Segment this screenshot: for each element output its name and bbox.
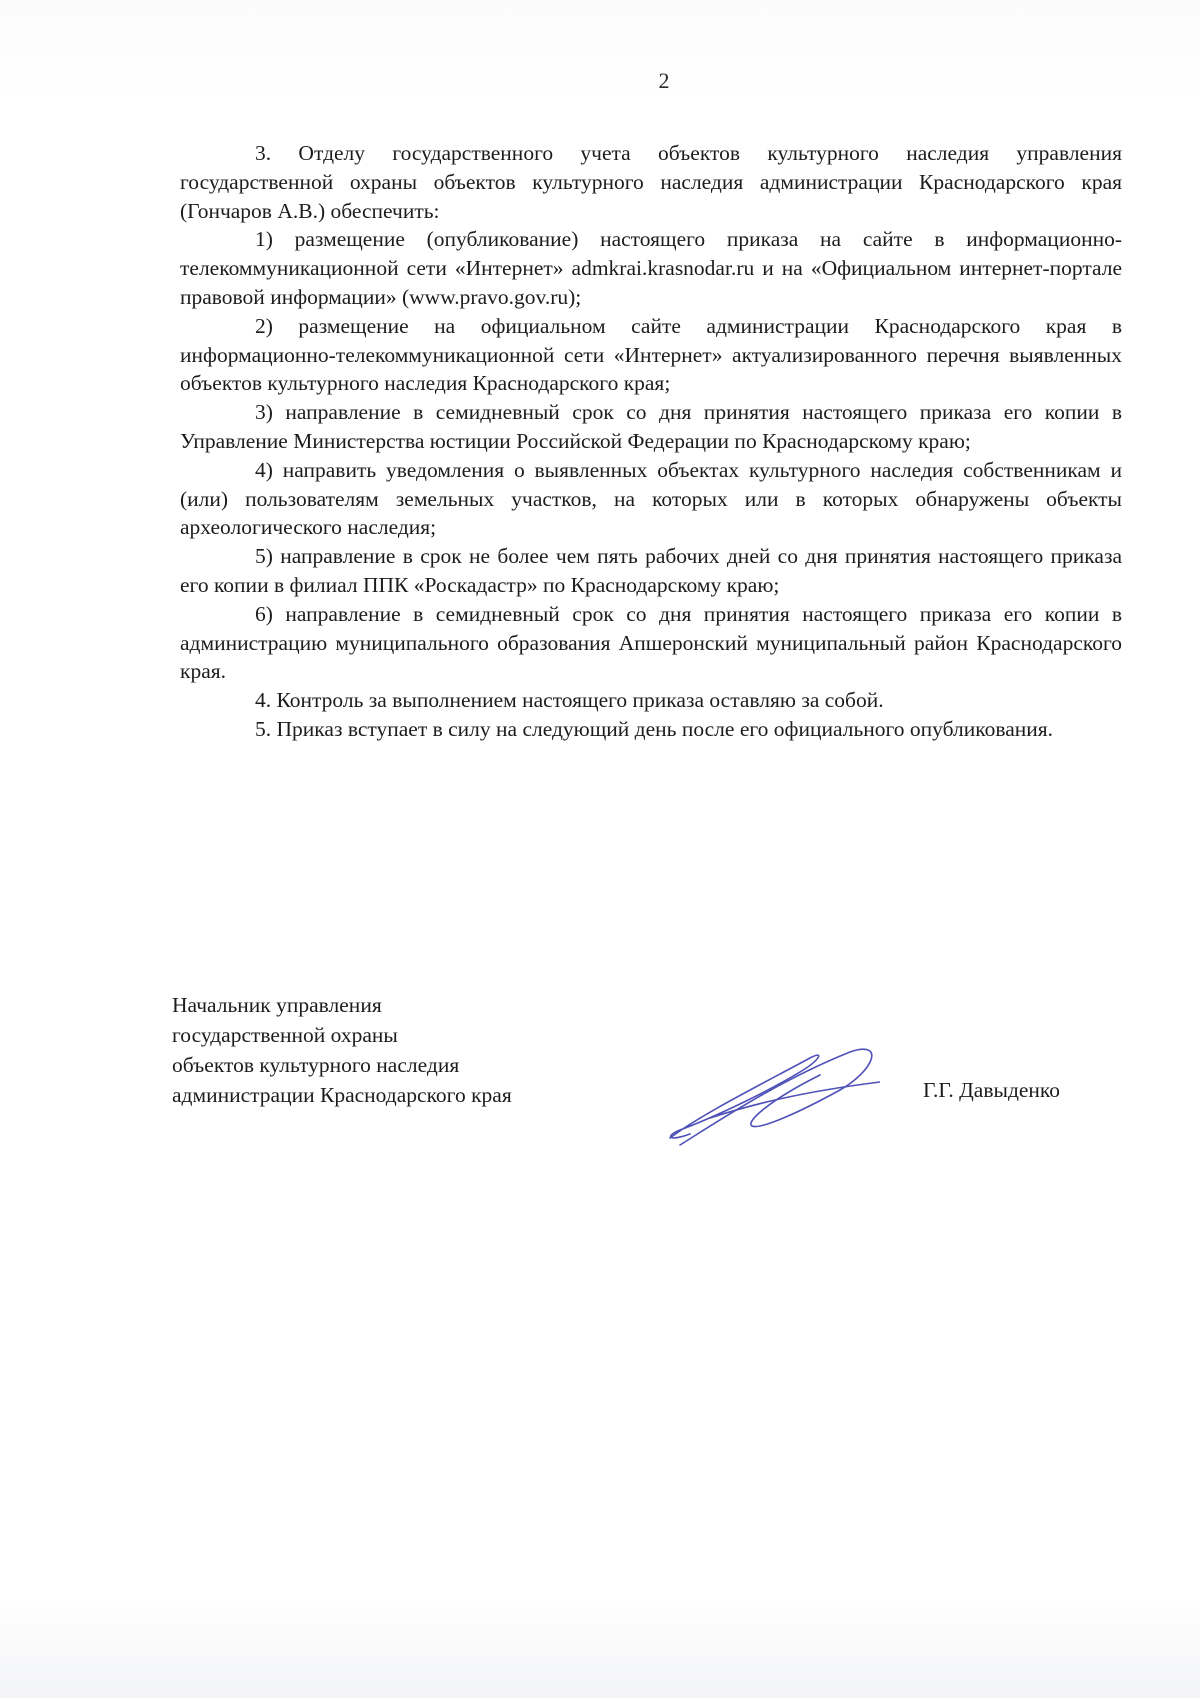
paragraph-3-6: 6) направление в семидневный срок со дня…	[180, 600, 1122, 686]
document-body: 3. Отделу государственного учета объекто…	[180, 139, 1122, 744]
paragraph-3-1: 1) размещение (опубликование) настоящего…	[180, 225, 1122, 311]
signatory-title-line: объектов культурного наследия	[172, 1050, 512, 1080]
paragraph-3-4: 4) направить уведомления о выявленных об…	[180, 456, 1122, 542]
signatory-title-line: администрации Краснодарского края	[172, 1080, 512, 1110]
signatory-title: Начальник управления государственной охр…	[172, 990, 512, 1110]
page-number: 2	[0, 68, 1200, 94]
signatory-title-line: государственной охраны	[172, 1020, 512, 1050]
paragraph-3: 3. Отделу государственного учета объекто…	[180, 139, 1122, 225]
handwritten-signature-icon	[650, 1030, 880, 1150]
paragraph-3-2: 2) размещение на официальном сайте админ…	[180, 312, 1122, 398]
paragraph-4: 4. Контроль за выполнением настоящего пр…	[180, 686, 1122, 715]
signer-name: Г.Г. Давыденко	[923, 1078, 1060, 1103]
signatory-title-line: Начальник управления	[172, 990, 512, 1020]
paragraph-3-3: 3) направление в семидневный срок со дня…	[180, 398, 1122, 456]
paragraph-5: 5. Приказ вступает в силу на следующий д…	[180, 715, 1122, 744]
paragraph-3-5: 5) направление в срок не более чем пять …	[180, 542, 1122, 600]
